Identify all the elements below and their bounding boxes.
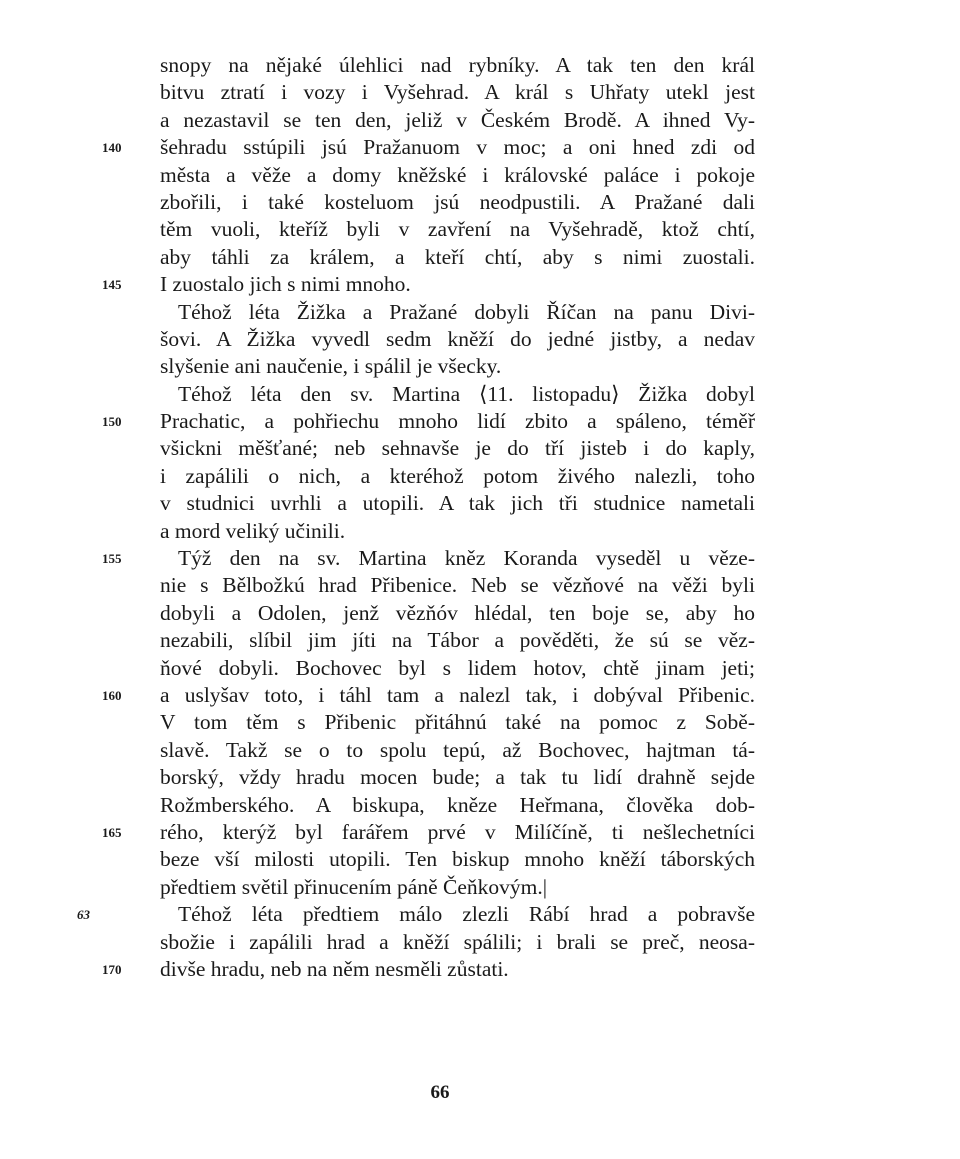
line-text: V tom těm s Přibenic přitáhnú také na po… xyxy=(160,709,755,736)
text-line: borský, vždy hradu mocen bude; a tak tu … xyxy=(160,764,755,791)
line-text: aby táhli za králem, a kteří chtí, aby s… xyxy=(160,244,755,271)
text-line: zbořili, i také kosteluom jsú neodpustil… xyxy=(160,189,755,216)
text-line: města a věže a domy kněžské i královské … xyxy=(160,162,755,189)
text-line: slavě. Takž se o to spolu tepú, až Bocho… xyxy=(160,737,755,764)
line-number: 145 xyxy=(102,271,142,298)
line-text: slyšenie ani naučenie, i spálil je všeck… xyxy=(160,354,501,378)
line-text: těm vuoli, kteříž byli v zavření na Vyše… xyxy=(160,216,755,243)
line-text: Rožmberského. A biskupa, kněze Heřmana, … xyxy=(160,792,755,819)
text-line: 165rého, kterýž byl farářem prvé v Milíč… xyxy=(160,819,755,846)
text-line: těm vuoli, kteříž byli v zavření na Vyše… xyxy=(160,216,755,243)
line-text: Téhož léta předtiem málo zlezli Rábí hra… xyxy=(178,901,755,928)
text-line: 160a uslyšav toto, i táhl tam a nalezl t… xyxy=(160,682,755,709)
text-line: všickni měšťané; neb sehnavše je do tří … xyxy=(160,435,755,462)
line-text: ňové dobyli. Bochovec byl s lidem hotov,… xyxy=(160,655,755,682)
line-text: zbořili, i také kosteluom jsú neodpustil… xyxy=(160,189,755,216)
text-line: nezabili, slíbil jim jíti na Tábor a pov… xyxy=(160,627,755,654)
line-text: slavě. Takž se o to spolu tepú, až Bocho… xyxy=(160,737,755,764)
line-text: dobyli a Odolen, jenž vězňóv hlédal, ten… xyxy=(160,600,755,627)
line-text: Týž den na sv. Martina kněz Koranda vyse… xyxy=(178,545,755,572)
line-text: Téhož léta den sv. Martina ⟨11. listopad… xyxy=(178,381,755,408)
line-number: 140 xyxy=(102,134,142,161)
text-line: a nezastavil se ten den, jeliž v Českém … xyxy=(160,107,755,134)
line-text: a nezastavil se ten den, jeliž v Českém … xyxy=(160,107,755,134)
text-line: ňové dobyli. Bochovec byl s lidem hotov,… xyxy=(160,655,755,682)
text-line: sbožie i zapálili hrad a kněží spálili; … xyxy=(160,929,755,956)
line-text: nezabili, slíbil jim jíti na Tábor a pov… xyxy=(160,627,755,654)
text-line: a mord veliký učinili. xyxy=(160,518,755,545)
text-line: v studnici uvrhli a utopili. A tak jich … xyxy=(160,490,755,517)
line-text: v studnici uvrhli a utopili. A tak jich … xyxy=(160,490,755,517)
text-line: Téhož léta den sv. Martina ⟨11. listopad… xyxy=(160,381,755,408)
text-line: 155Týž den na sv. Martina kněz Koranda v… xyxy=(160,545,755,572)
line-text: šovi. A Žižka vyvedl sedm kněží do jedné… xyxy=(160,326,755,353)
line-number: 160 xyxy=(102,682,142,709)
line-text: nie s Bělbožkú hrad Přibenice. Neb se vě… xyxy=(160,572,755,599)
body-text: snopy na nějaké úlehlici nad rybníky. A … xyxy=(160,52,755,983)
line-text: snopy na nějaké úlehlici nad rybníky. A … xyxy=(160,52,755,79)
text-line: 63Téhož léta předtiem málo zlezli Rábí h… xyxy=(160,901,755,928)
line-text: beze vší milosti utopili. Ten biskup mno… xyxy=(160,846,755,873)
text-line: beze vší milosti utopili. Ten biskup mno… xyxy=(160,846,755,873)
line-text: Prachatic, a pohřiechu mnoho lidí zbito … xyxy=(160,408,755,435)
text-line: předtiem světil přinucením páně Čeňkovým… xyxy=(160,874,755,901)
line-text: bitvu ztratí i vozy i Vyšehrad. A král s… xyxy=(160,79,755,106)
line-text: rého, kterýž byl farářem prvé v Milíčíně… xyxy=(160,819,755,846)
line-number: 165 xyxy=(102,819,142,846)
text-line: aby táhli za králem, a kteří chtí, aby s… xyxy=(160,244,755,271)
line-number: 170 xyxy=(102,956,142,983)
line-text: borský, vždy hradu mocen bude; a tak tu … xyxy=(160,764,755,791)
text-line: Téhož léta Žižka a Pražané dobyli Říčan … xyxy=(160,299,755,326)
text-line: 170divše hradu, neb na něm nesměli zůsta… xyxy=(160,956,755,983)
text-line: slyšenie ani naučenie, i spálil je všeck… xyxy=(160,353,755,380)
text-line: 150Prachatic, a pohřiechu mnoho lidí zbi… xyxy=(160,408,755,435)
text-line: V tom těm s Přibenic přitáhnú také na po… xyxy=(160,709,755,736)
text-line: šovi. A Žižka vyvedl sedm kněží do jedné… xyxy=(160,326,755,353)
line-text: i zapálili o nich, a kteréhož potom živé… xyxy=(160,463,755,490)
line-number: 150 xyxy=(102,408,142,435)
line-text: všickni měšťané; neb sehnavše je do tří … xyxy=(160,435,755,462)
text-line: snopy na nějaké úlehlici nad rybníky. A … xyxy=(160,52,755,79)
line-text: Téhož léta Žižka a Pražané dobyli Říčan … xyxy=(178,299,755,326)
line-number: 155 xyxy=(102,545,142,572)
text-line: nie s Bělbožkú hrad Přibenice. Neb se vě… xyxy=(160,572,755,599)
line-text: města a věže a domy kněžské i královské … xyxy=(160,162,755,189)
line-text: I zuostalo jich s nimi mnoho. xyxy=(160,272,411,296)
line-text: sbožie i zapálili hrad a kněží spálili; … xyxy=(160,929,755,956)
text-line: Rožmberského. A biskupa, kněze Heřmana, … xyxy=(160,792,755,819)
line-text: předtiem světil přinucením páně Čeňkovým… xyxy=(160,875,547,899)
line-text: a mord veliký učinili. xyxy=(160,519,345,543)
margin-folio-reference: 63 xyxy=(77,901,117,928)
text-line: 140šehradu sstúpili jsú Pražanuom v moc;… xyxy=(160,134,755,161)
page-number: 66 xyxy=(420,1082,460,1104)
text-line: 145I zuostalo jich s nimi mnoho. xyxy=(160,271,755,298)
text-line: dobyli a Odolen, jenž vězňóv hlédal, ten… xyxy=(160,600,755,627)
line-text: divše hradu, neb na něm nesměli zůstati. xyxy=(160,957,509,981)
book-page: snopy na nějaké úlehlici nad rybníky. A … xyxy=(0,0,960,1159)
text-line: i zapálili o nich, a kteréhož potom živé… xyxy=(160,463,755,490)
text-line: bitvu ztratí i vozy i Vyšehrad. A král s… xyxy=(160,79,755,106)
line-text: šehradu sstúpili jsú Pražanuom v moc; a … xyxy=(160,134,755,161)
line-text: a uslyšav toto, i táhl tam a nalezl tak,… xyxy=(160,682,755,709)
